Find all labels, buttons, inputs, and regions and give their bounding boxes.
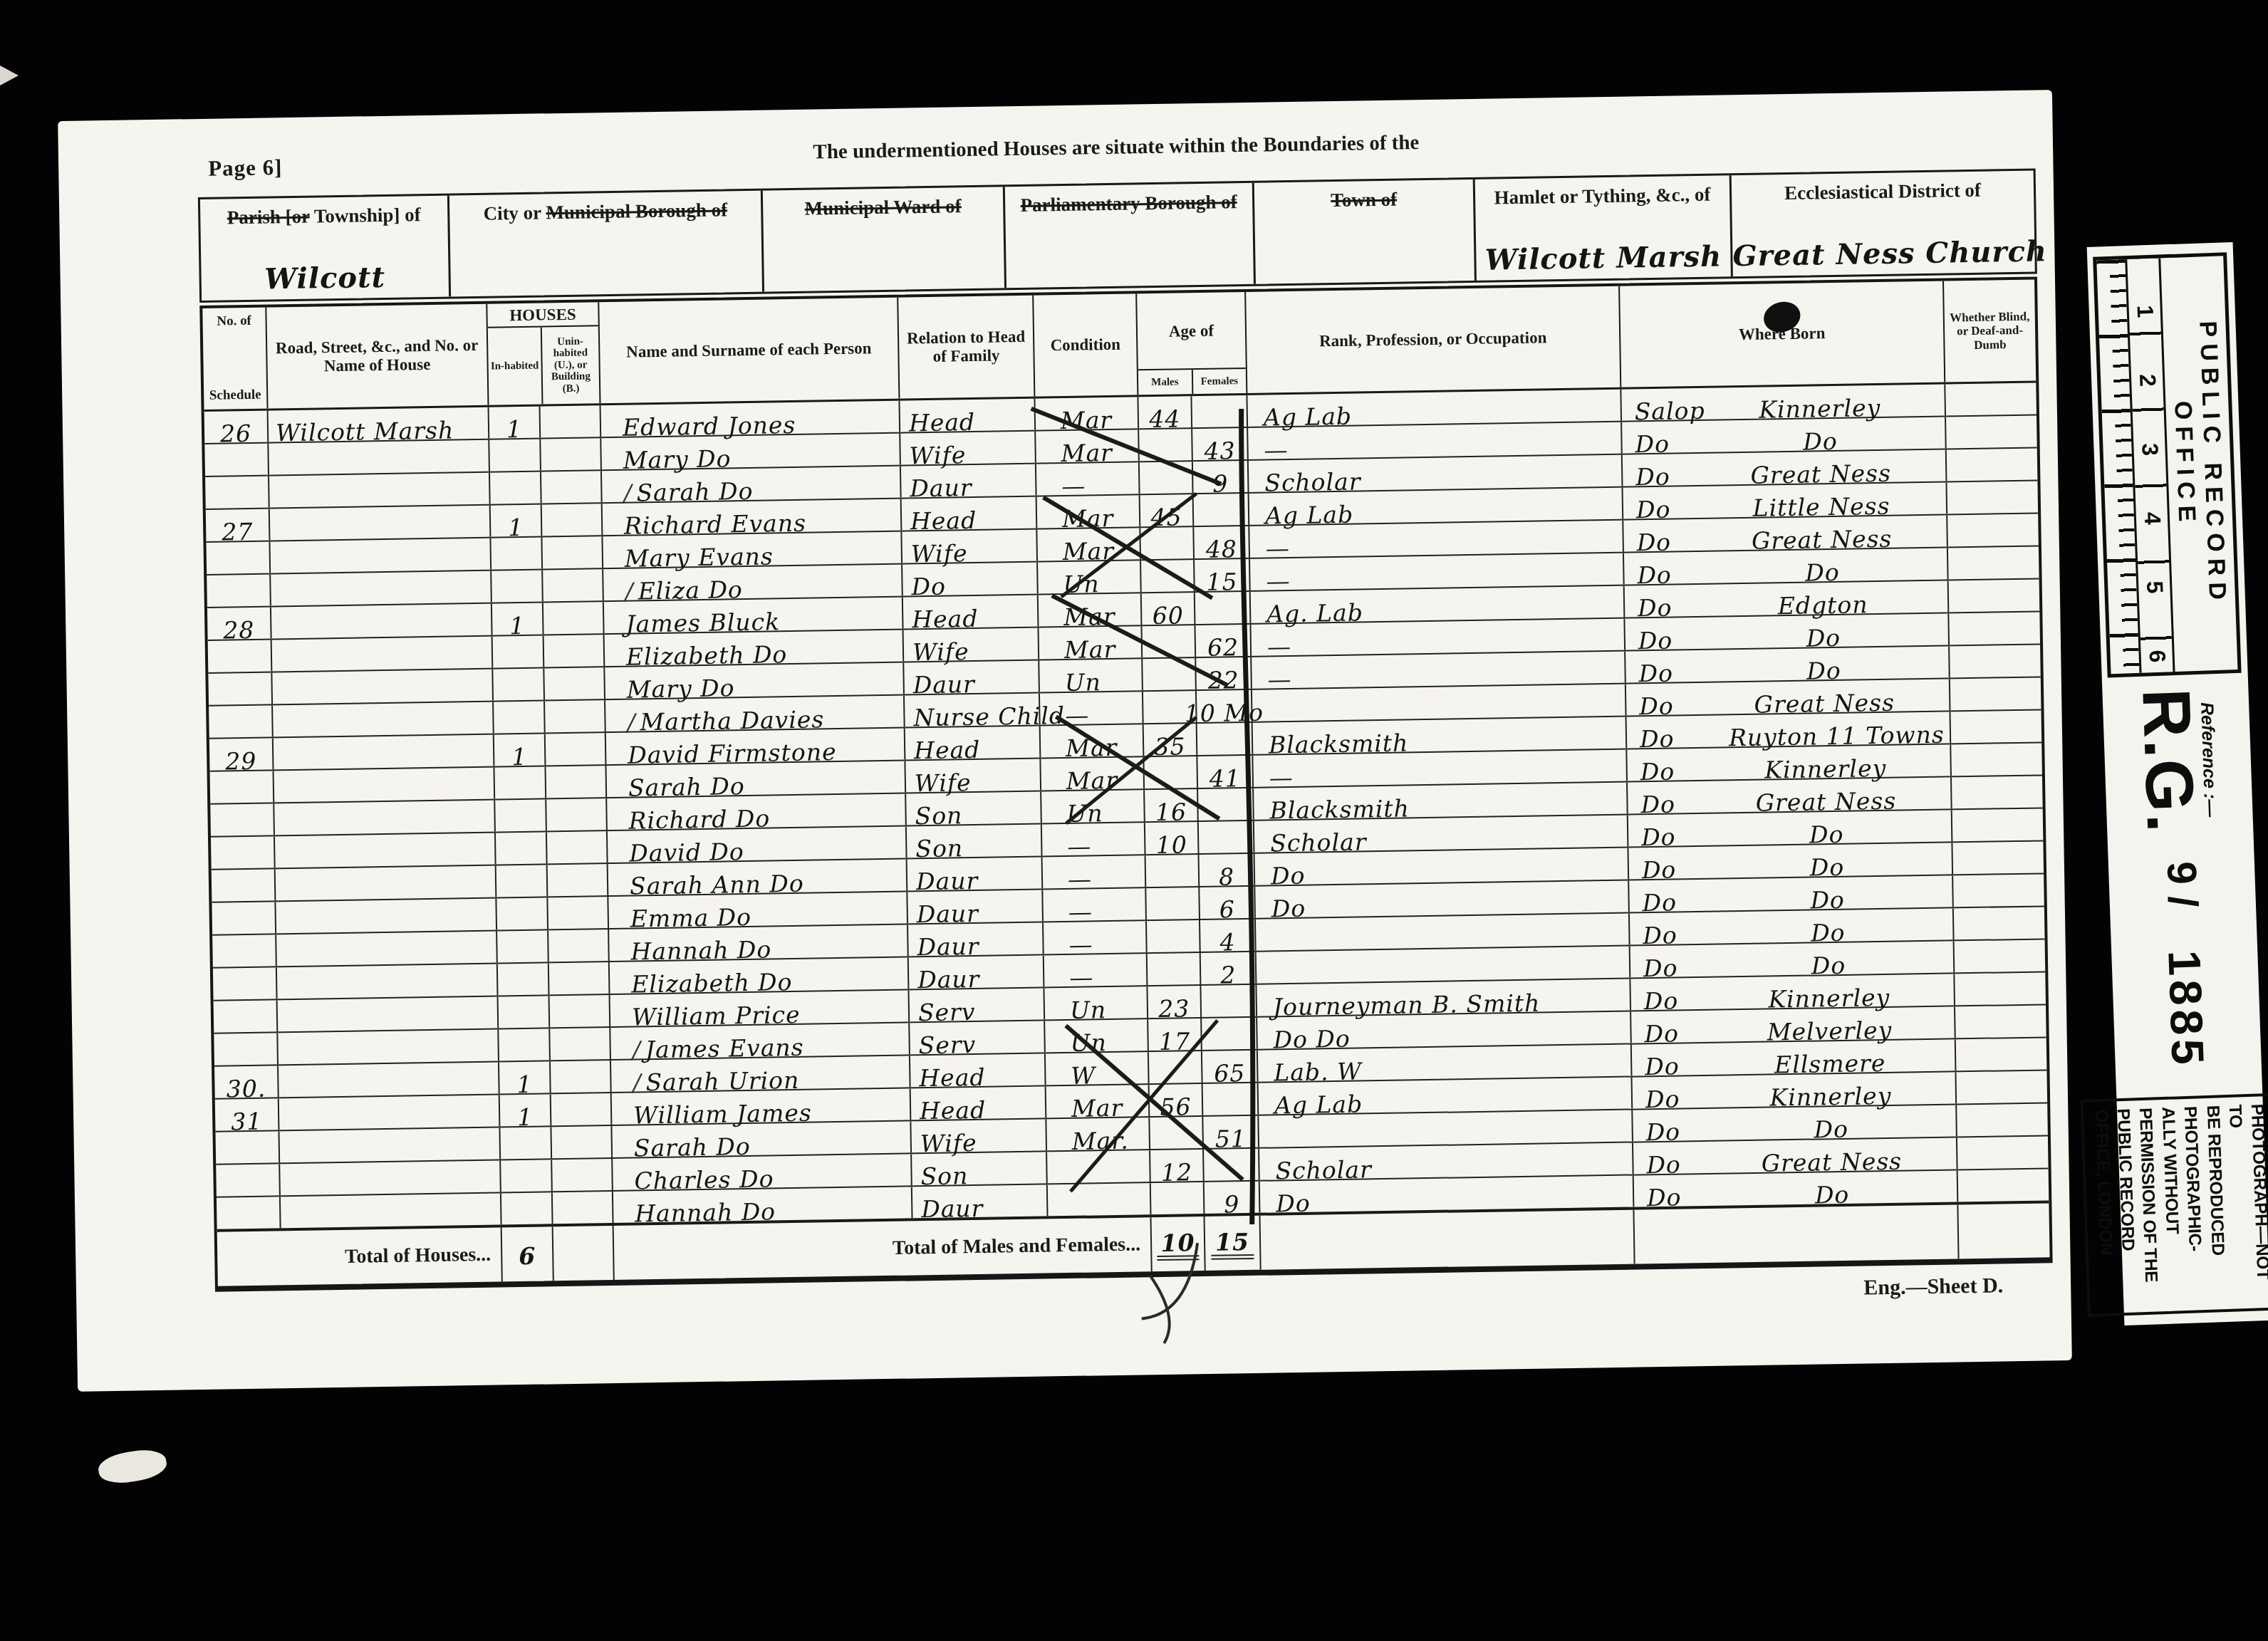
cell-age_m <box>1148 953 1202 985</box>
handwritten-entry: Son <box>915 836 963 861</box>
handwritten-entry: Un <box>1066 801 1103 826</box>
handwritten-entry: — <box>1065 703 1090 728</box>
cell-age_m: 16 <box>1145 789 1199 821</box>
cell-occupation: Scholar <box>1254 816 1629 853</box>
cell-condition: Mar <box>1036 429 1140 462</box>
cell-age_m <box>1142 625 1196 657</box>
cell-uninh <box>542 504 603 536</box>
total-females-value: 15 <box>1205 1216 1262 1271</box>
cell-uninh <box>551 1126 613 1158</box>
pencil-tick: ∕ <box>633 1070 642 1095</box>
handwritten-entry: 10 <box>1156 833 1188 858</box>
cell-condition: Mar <box>1039 593 1143 626</box>
cell-inh: 1 <box>492 603 544 635</box>
cell-inh <box>501 1192 553 1224</box>
cell-relation: Do <box>902 563 1039 596</box>
cell-age_f <box>1203 1083 1259 1115</box>
handwritten-entry: — <box>1061 474 1086 499</box>
handwritten-entry: Do <box>911 575 946 600</box>
handwritten-entry: Head <box>909 410 976 435</box>
cell-occupation: Ag Lab <box>1249 488 1624 525</box>
handwritten-entry: Head <box>914 738 981 763</box>
handwritten-entry: Mar <box>1066 769 1118 793</box>
cell-uninh <box>546 798 608 830</box>
parish-label-post: Township] of <box>314 204 421 226</box>
handwritten-entry: Mar <box>1066 736 1118 761</box>
col-relation: Relation to Head of Family <box>898 296 1035 399</box>
col-inhabited: In-habited <box>488 328 543 405</box>
cell-uninh <box>541 438 602 470</box>
handwritten-entry: Mar <box>1061 408 1113 433</box>
pencil-tick: ∕ <box>627 710 636 734</box>
census-table: No. of Schedule Road, Street, &c., and N… <box>199 276 2052 1291</box>
handwritten-entry: Daur <box>916 869 979 894</box>
cell-age_f <box>1202 1018 1258 1050</box>
cell-age_f: 65 <box>1202 1051 1259 1083</box>
cell-blind <box>1953 874 2044 907</box>
cell-relation: Son <box>912 1152 1048 1185</box>
handwritten-entry: 17 <box>1159 1029 1191 1054</box>
handwritten-entry: Daur <box>910 476 972 501</box>
cell-road <box>274 735 495 770</box>
cell-road <box>279 1063 500 1098</box>
cell-schedule <box>212 902 276 934</box>
cell-uninh <box>548 929 610 962</box>
cell-blind <box>1957 1103 2048 1136</box>
cell-schedule <box>208 640 273 672</box>
cell-inh: 1 <box>491 504 543 536</box>
handwritten-entry: — <box>1269 766 1294 791</box>
cell-age_m <box>1140 527 1195 559</box>
handwritten-entry: 1 <box>509 614 526 638</box>
cell-occupation: Journeyman B. Smith <box>1257 979 1631 1016</box>
cell-born: DoGreat Ness <box>1633 1137 1958 1174</box>
cell-age_m: 45 <box>1140 494 1195 526</box>
pro-reference-stamp: PUBLIC RECORD OFFICE 1 2 3 4 5 6 Referen… <box>2087 242 2268 1325</box>
cell-blind <box>1947 514 2039 547</box>
handwritten-entry: Head <box>912 607 979 632</box>
pencil-tick: ∕ <box>623 481 633 506</box>
cell-age_m: 23 <box>1148 986 1202 1018</box>
parish-label-struck: Parish [or <box>227 206 310 229</box>
cell-road <box>271 571 492 606</box>
cell-relation: Daur <box>907 858 1044 891</box>
ruler-number: 6 <box>2142 603 2170 673</box>
cell-road <box>277 964 499 999</box>
parish-value: Wilcott <box>201 260 449 298</box>
handwritten-entry: 48 <box>1206 537 1238 562</box>
cell-schedule <box>212 869 276 901</box>
col-age-group: Age of Males Females <box>1137 292 1247 395</box>
cell-blind <box>1948 546 2039 579</box>
handwritten-entry: Hannah Do <box>635 1199 776 1226</box>
total-males-value: 10 <box>1152 1217 1206 1271</box>
handwritten-entry: — <box>1266 536 1291 561</box>
cell-road <box>270 506 491 541</box>
city-label-pre: City or <box>483 202 541 224</box>
ecclesiastical-value: Great Ness Church <box>1732 235 2035 274</box>
cell-uninh <box>546 733 607 765</box>
cell-road <box>273 702 494 737</box>
cell-occupation: Lab. W <box>1258 1045 1633 1082</box>
handwritten-entry: Mar <box>1061 441 1113 466</box>
cell-name: Mary Do <box>605 663 905 699</box>
cell-inh <box>496 832 548 864</box>
cell-age_m: 35 <box>1144 724 1198 756</box>
cell-name: Charles Do <box>613 1154 912 1190</box>
cell-age_f: 2 <box>1201 952 1257 984</box>
handwritten-entry: 29 <box>225 749 257 774</box>
film-speck <box>96 1447 168 1487</box>
cell-blind <box>1949 579 2040 612</box>
handwritten-entry: — <box>1267 635 1292 660</box>
handwritten-entry: — <box>1068 900 1093 924</box>
cell-condition: — <box>1044 921 1148 954</box>
census-sheet: Page 6] The undermentioned Houses are si… <box>58 90 2072 1392</box>
handwritten-entry: — <box>1069 965 1094 990</box>
parl-label-struck: Parliamentary Borough of <box>1020 191 1237 216</box>
total-persons-label: Total of Males and Females... <box>614 1217 1153 1280</box>
cell-schedule: 31 <box>215 1098 280 1130</box>
copyright-line: BE REPRODUCED PHOTOGRAPHIC- <box>2179 1105 2230 1303</box>
ruler-number: 5 <box>2140 534 2168 604</box>
cell-schedule <box>209 705 274 737</box>
handwritten-entry: 12 <box>1161 1160 1193 1185</box>
handwritten-entry: Do <box>1271 864 1306 889</box>
cell-born: DoEllsmere <box>1632 1039 1957 1075</box>
cell-relation: Daur <box>909 955 1045 989</box>
cell-age_f <box>1204 1149 1260 1181</box>
cell-age_m <box>1144 756 1198 788</box>
pencil-tick: ∕ <box>632 1038 641 1062</box>
cell-inh <box>493 635 545 667</box>
cell-inh <box>499 1028 551 1061</box>
cell-inh <box>494 766 546 798</box>
handwritten-entry: Do <box>1271 897 1306 922</box>
cell-road: Wilcott Marsh <box>269 407 490 442</box>
cell-relation: Daur <box>904 661 1040 694</box>
cell-name: ∕Sarah Urion <box>611 1056 911 1092</box>
cell-road <box>276 932 498 967</box>
cell-age_f: 43 <box>1192 428 1249 460</box>
field-city-borough: City or Municipal Borough of <box>449 191 764 297</box>
cell-schedule <box>215 1131 280 1163</box>
cell-condition: — <box>1042 823 1146 855</box>
cell-age_m <box>1149 1051 1203 1083</box>
reference-block: Reference :— R.G. <box>2135 687 2222 835</box>
cell-occupation: — <box>1253 750 1628 787</box>
handwritten-entry: Do <box>1276 1192 1311 1217</box>
cell-age_f: 51 <box>1203 1116 1259 1148</box>
cell-inh: 1 <box>499 1061 551 1093</box>
total-houses-number: 6 <box>519 1244 536 1268</box>
handwritten-entry: Head <box>919 1066 986 1090</box>
handwritten-entry: 65 <box>1214 1061 1246 1086</box>
cell-name: Emma Do <box>608 892 908 928</box>
handwritten-entry: 56 <box>1160 1095 1192 1120</box>
handwritten-entry: Un <box>1063 572 1100 597</box>
handwritten-entry: Serv <box>918 1000 976 1025</box>
cell-name: Mary Evans <box>603 532 902 568</box>
reference-series: R.G. <box>2135 688 2201 835</box>
cell-inh <box>496 897 548 929</box>
cell-occupation: Do <box>1260 1176 1635 1213</box>
field-parliamentary-borough: Parliamentary Borough of <box>1005 183 1256 288</box>
handwritten-entry: 35 <box>1154 734 1186 759</box>
cell-name: ∕Sarah Do <box>602 467 902 503</box>
census-rows: 26Wilcott Marsh1Edward JonesHeadMar44Ag … <box>204 383 2049 1229</box>
cell-relation: Wife <box>911 1119 1047 1152</box>
cell-condition: — <box>1043 855 1147 888</box>
cell-uninh <box>547 831 608 863</box>
cell-age_f: 9 <box>1205 1182 1261 1214</box>
cell-blind <box>1952 776 2043 808</box>
cell-uninh <box>550 995 611 1027</box>
cell-uninh <box>553 1192 614 1224</box>
cell-schedule <box>216 1164 281 1196</box>
cell-occupation: — <box>1252 652 1626 689</box>
cell-blind <box>1949 612 2040 645</box>
cell-schedule: 26 <box>204 411 269 443</box>
cell-blind <box>1954 907 2045 939</box>
cell-uninh <box>541 405 602 437</box>
cell-name: Sarah Do <box>606 761 906 798</box>
cell-relation: Wife <box>904 628 1040 662</box>
cell-blind <box>1957 1136 2049 1169</box>
cell-age_f: 4 <box>1200 920 1257 952</box>
handwritten-entry: 60 <box>1153 603 1185 628</box>
handwritten-entry: Mar <box>1071 1096 1123 1121</box>
handwritten-entry: 26 <box>220 422 252 447</box>
cell-occupation: — <box>1248 422 1623 459</box>
cell-age_m <box>1139 429 1193 461</box>
handwritten-entry: Wife <box>911 541 968 566</box>
cell-born: DoGreat Ness <box>1626 679 1951 715</box>
field-ecclesiastical-district: Ecclesiastical District of Great Ness Ch… <box>1732 171 2035 277</box>
cell-blind <box>1946 416 2037 449</box>
col-houses-title: HOUSES <box>487 302 598 328</box>
cell-road <box>272 670 494 704</box>
cell-road <box>274 801 496 835</box>
cell-uninh <box>543 569 604 601</box>
ecclesiastical-label: Ecclesiastical District of <box>1784 179 1981 204</box>
cell-relation: Wife <box>902 530 1038 563</box>
cell-condition: Mar <box>1037 495 1141 528</box>
cell-schedule <box>217 1197 281 1229</box>
col-schedule-line1: No. of <box>217 313 251 330</box>
col-females: Females <box>1192 369 1246 394</box>
copyright-line: COPYRIGHT PHOTOGRAPH—NOT TO <box>2223 1103 2268 1302</box>
handwritten-entry: Head <box>910 509 977 533</box>
city-value <box>451 289 762 294</box>
cell-occupation <box>1257 947 1631 984</box>
handwritten-entry: 6 <box>1219 897 1235 922</box>
cell-occupation: Blacksmith <box>1254 783 1628 820</box>
cell-blind <box>1956 1070 2047 1103</box>
cell-condition: Mar. <box>1046 1118 1150 1150</box>
cell-schedule: 27 <box>206 509 271 541</box>
cell-road <box>270 538 491 573</box>
cell-born: DoDo <box>1628 810 1953 846</box>
handwritten-entry: Wife <box>920 1131 977 1156</box>
handwritten-entry: 44 <box>1149 407 1181 432</box>
cell-name: ∕Martha Davies <box>605 696 905 732</box>
cell-occupation: Ag Lab <box>1247 390 1622 427</box>
cell-schedule <box>214 1000 279 1032</box>
cell-schedule <box>204 444 269 476</box>
cell-name: Mary Do <box>601 434 901 470</box>
cell-age_m: 17 <box>1148 1019 1202 1051</box>
ruler-number: 1 <box>2130 259 2158 328</box>
cell-condition: Un <box>1045 1019 1149 1052</box>
handwritten-entry: 9 <box>1224 1192 1240 1217</box>
handwritten-entry: — <box>1267 667 1292 692</box>
col-schedule: No. of Schedule <box>202 308 268 410</box>
handwritten-entry: 8 <box>1219 865 1235 889</box>
col-age-subheaders: Males Females <box>1138 368 1247 395</box>
handwritten-entry: Mar <box>1063 539 1115 564</box>
cell-relation: Wife <box>900 432 1036 465</box>
film-speck <box>0 66 19 85</box>
handwritten-entry: — <box>1266 569 1291 594</box>
cell-blind <box>1952 808 2044 841</box>
cell-occupation: Blacksmith <box>1253 717 1628 754</box>
handwritten-entry: — <box>1067 834 1092 859</box>
cell-name: Hannah Do <box>613 1187 913 1223</box>
cell-schedule <box>212 934 277 967</box>
cell-schedule: 30. <box>214 1066 279 1098</box>
cell-road <box>280 1161 501 1196</box>
cell-name: James Bluck <box>604 598 904 634</box>
handwritten-entry: 22 <box>1207 668 1239 693</box>
handwritten-entry: Son <box>915 803 962 828</box>
cell-road <box>272 637 494 672</box>
handwritten-entry: Daur <box>917 902 979 927</box>
total-houses-value: 6 <box>502 1226 554 1281</box>
total-houses-label: Total of Houses... <box>217 1227 503 1286</box>
handwritten-entry: 2 <box>1220 963 1237 987</box>
cell-inh <box>499 996 551 1028</box>
cell-inh <box>501 1160 553 1192</box>
cell-condition: — <box>1043 888 1147 921</box>
col-blind-deaf: Whether Blind, or Deaf-and-Dumb <box>1944 280 2036 382</box>
cell-name: Hannah Do <box>609 924 909 961</box>
cell-occupation: Ag. Lab <box>1251 586 1625 623</box>
cell-condition: — <box>1040 692 1144 724</box>
cell-age_f: 48 <box>1194 526 1250 558</box>
cell-occupation: Do <box>1255 881 1630 918</box>
cell-relation: Head <box>900 399 1036 432</box>
cell-name: ∕Eliza Do <box>603 565 903 601</box>
cell-inh <box>489 439 541 472</box>
handwritten-entry: 4 <box>1219 930 1236 954</box>
handwritten-entry: Head <box>920 1098 987 1123</box>
cell-age_f: 9 <box>1193 461 1249 493</box>
cell-inh <box>498 963 550 995</box>
cell-born: DoDo <box>1622 417 1947 454</box>
cell-relation: Head <box>902 497 1038 531</box>
city-label-struck: Municipal Borough of <box>546 199 727 223</box>
cell-born: DoEdgton <box>1625 580 1950 617</box>
cell-uninh <box>541 471 603 503</box>
cell-name: William James <box>612 1088 912 1125</box>
cell-road <box>269 473 491 508</box>
cell-born: DoKinnerley <box>1630 974 1955 1010</box>
cell-born: DoKinnerley <box>1633 1072 1957 1108</box>
cell-born: DoRuyton 11 Towns <box>1627 712 1952 748</box>
cell-relation: Head <box>910 1053 1046 1087</box>
cell-relation: Serv <box>909 988 1045 1021</box>
pencil-tick: ∕ <box>625 579 634 603</box>
cell-relation: Head <box>911 1086 1047 1120</box>
cell-road <box>279 1128 501 1163</box>
cell-age_f: 6 <box>1200 887 1256 919</box>
cell-road <box>278 1030 499 1065</box>
cell-born: DoGreat Ness <box>1628 777 1952 813</box>
copyright-line: PUBLIC RECORD OFFICE, LONDON <box>2089 1108 2140 1307</box>
handwritten-entry: 28 <box>223 618 255 643</box>
cell-age_f: 10 Mo <box>1197 690 1253 722</box>
cell-born: DoDo <box>1634 1170 1959 1207</box>
handwritten-entry: Daur <box>917 967 980 992</box>
cell-relation: Wife <box>905 759 1041 793</box>
col-uninhabited: Unin-habited (U.), or Building (B.) <box>542 327 600 405</box>
cell-uninh <box>549 962 610 994</box>
col-road: Road, Street, &c., and No. or Name of Ho… <box>266 304 489 409</box>
handwritten-entry: Wife <box>909 443 966 468</box>
cell-road <box>276 866 497 901</box>
col-condition: Condition <box>1034 293 1138 396</box>
ruler-number: 4 <box>2137 465 2165 535</box>
col-name: Name and Surname of each Person <box>599 298 900 404</box>
cell-inh: 1 <box>489 407 541 439</box>
handwritten-entry: Un <box>1070 1031 1107 1056</box>
handwritten-entry: 30. <box>227 1077 266 1102</box>
cell-schedule <box>214 1033 279 1065</box>
cell-blind <box>1947 449 2038 481</box>
cell-born: DoDo <box>1633 1105 1957 1141</box>
cell-born: DoDo <box>1625 613 1950 650</box>
cell-occupation <box>1252 684 1627 721</box>
handwritten-entry: 1 <box>516 1073 533 1097</box>
cell-occupation: Do <box>1255 848 1630 885</box>
cell-name: David Do <box>608 827 907 863</box>
cell-age_f <box>1195 592 1252 624</box>
cell-blind <box>1956 1038 2047 1070</box>
cell-age_m: 10 <box>1145 822 1200 854</box>
boundaries-title: The undermentioned Houses are situate wi… <box>197 122 2035 174</box>
handwritten-entry: 62 <box>1207 635 1239 660</box>
cell-occupation: Do Do <box>1257 1012 1632 1049</box>
page-number: Page 6] <box>208 155 283 182</box>
handwritten-entry: 23 <box>1158 996 1190 1021</box>
cell-age_f: 41 <box>1197 756 1254 788</box>
handwritten-entry: Serv <box>918 1033 976 1058</box>
cell-age_f: 8 <box>1200 854 1256 886</box>
cell-condition: Un <box>1039 659 1143 692</box>
cell-relation: Daur <box>908 923 1044 957</box>
cell-uninh <box>543 602 605 634</box>
cell-age_m: 12 <box>1150 1150 1205 1182</box>
cell-age_f <box>1199 821 1255 853</box>
pro-ruler: PUBLIC RECORD OFFICE 1 2 3 4 5 6 <box>2093 252 2242 678</box>
cell-age_f <box>1201 985 1257 1017</box>
cell-uninh <box>548 864 609 896</box>
cell-born: DoDo <box>1624 548 1949 584</box>
cell-age_m <box>1141 560 1195 592</box>
cell-inh: 1 <box>500 1094 552 1126</box>
cell-age_m <box>1146 855 1200 887</box>
